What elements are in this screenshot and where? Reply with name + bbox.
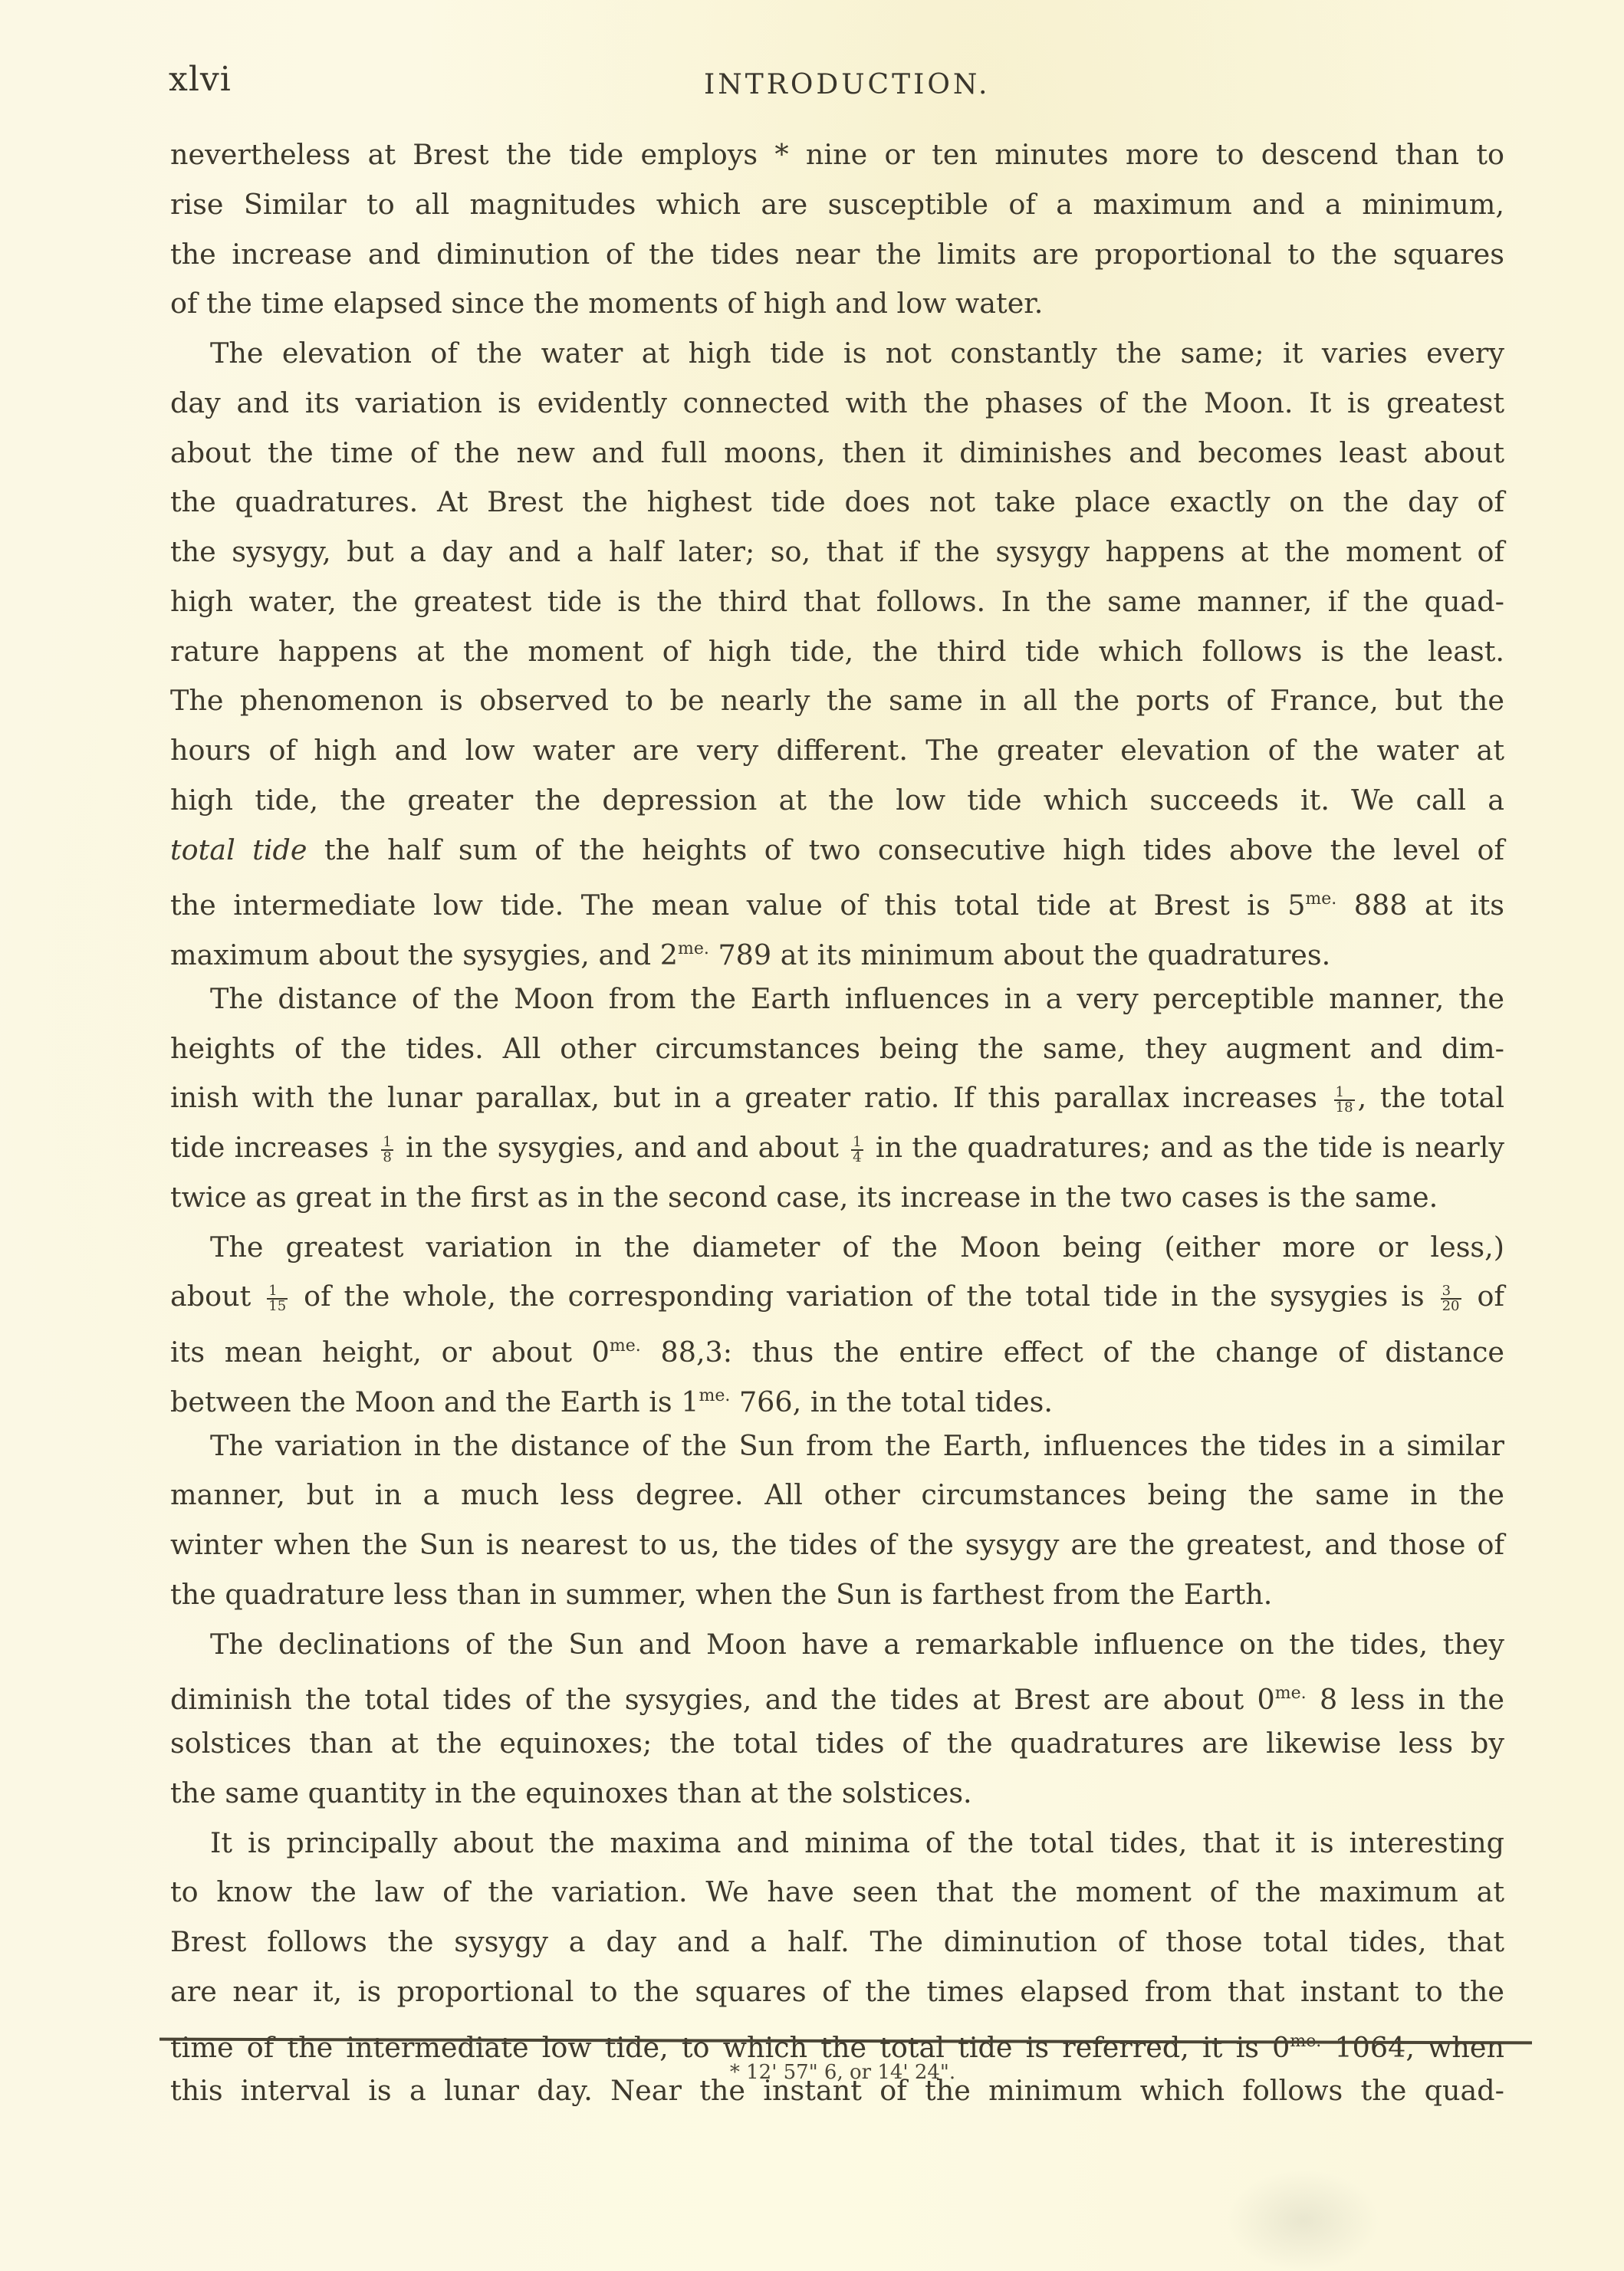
text-segment: It is principally about the maxima and m… [210, 1826, 1504, 1859]
text-segment: the quadratures. At Brest the highest ti… [170, 485, 1504, 518]
text-line: the sysygy, but a day and a half later; … [170, 527, 1504, 577]
italic-term: total tide [170, 833, 307, 866]
text-segment: , the total [1358, 1081, 1504, 1114]
text-line: are near it, is proportional to the squa… [170, 1967, 1504, 2017]
text-segment: The declinations of the Sun and Moon hav… [210, 1628, 1504, 1661]
text-segment: diminish the total tides of the sysygies… [170, 1683, 1275, 1716]
text-segment: 1064, when [1321, 2031, 1504, 2064]
text-segment: the quadrature less than in summer, when… [170, 1578, 1272, 1611]
unit-superscript: me. [678, 939, 709, 958]
text-line: The elevation of the water at high tide … [170, 329, 1504, 379]
text-segment: The distance of the Moon from the Earth … [210, 982, 1504, 1015]
text-line: its mean height, or about 0me. 88,3: thu… [170, 1322, 1504, 1372]
text-segment: 766, in the total tides. [730, 1385, 1053, 1418]
text-line: winter when the Sun is nearest to us, th… [170, 1520, 1504, 1570]
text-line: rise Similar to all magnitudes which are… [170, 180, 1504, 230]
text-line: the same quantity in the equinoxes than … [170, 1769, 1504, 1819]
text-segment: 888 at its [1336, 889, 1504, 922]
fraction: 320 [1441, 1284, 1461, 1313]
text-segment: maximum about the sysygies, and 2 [170, 938, 678, 971]
text-line: rature happens at the moment of high tid… [170, 627, 1504, 677]
running-head: INTRODUCTION. [704, 69, 991, 100]
text-segment: of the whole, the corresponding variatio… [291, 1280, 1437, 1313]
fraction: 14 [851, 1135, 863, 1165]
text-segment: to know the law of the variation. We hav… [170, 1875, 1504, 1908]
page-number: xlvi [169, 60, 232, 99]
paper-stain [1227, 2170, 1380, 2271]
text-segment: Brest follows the sysygy a day and a hal… [170, 1925, 1504, 1958]
text-line: the quadratures. At Brest the highest ti… [170, 478, 1504, 527]
text-segment: tide increases [170, 1131, 378, 1164]
text-line: day and its variation is evidently conne… [170, 379, 1504, 429]
text-line: maximum about the sysygies, and 2me. 789… [170, 925, 1504, 974]
text-segment: solstices than at the equinoxes; the tot… [170, 1727, 1504, 1760]
text-line: The variation in the distance of the Sun… [170, 1421, 1504, 1471]
text-line: of the time elapsed since the moments of… [170, 279, 1504, 329]
text-line: total tide the half sum of the heights o… [170, 826, 1504, 876]
text-segment: manner, but in a much less degree. All o… [170, 1478, 1504, 1511]
fraction: 118 [1334, 1086, 1355, 1115]
text-segment: its mean height, or about 0 [170, 1336, 610, 1369]
text-line: The phenomenon is observed to be nearly … [170, 676, 1504, 726]
text-line: about the time of the new and full moons… [170, 429, 1504, 478]
text-segment: 8 less in the [1307, 1683, 1504, 1716]
unit-superscript: me. [699, 1386, 730, 1405]
text-line: tide increases 18 in the sysygies, and a… [170, 1123, 1504, 1173]
text-segment: day and its variation is evidently conne… [170, 386, 1504, 419]
text-segment: time of the intermediate low tide, to wh… [170, 2031, 1290, 2064]
footnote: * 12' 57" 6, or 14' 24". [0, 2061, 1624, 2084]
fraction: 115 [267, 1284, 288, 1313]
fraction: 18 [381, 1135, 393, 1165]
text-segment: The variation in the distance of the Sun… [210, 1429, 1504, 1462]
text-segment: rise Similar to all magnitudes which are… [170, 188, 1504, 221]
text-segment: in the sysygies, and and about [396, 1131, 848, 1164]
text-segment: the intermediate low tide. The mean valu… [170, 889, 1305, 922]
text-segment: rature happens at the moment of high tid… [170, 635, 1504, 668]
text-segment: heights of the tides. All other circumst… [170, 1032, 1504, 1065]
text-segment: are near it, is proportional to the squa… [170, 1975, 1504, 2008]
text-segment: about the time of the new and full moons… [170, 436, 1504, 469]
text-segment: of the time elapsed since the moments of… [170, 287, 1043, 320]
text-line: heights of the tides. All other circumst… [170, 1024, 1504, 1074]
text-line: Brest follows the sysygy a day and a hal… [170, 1918, 1504, 1967]
text-line: inish with the lunar parallax, but in a … [170, 1073, 1504, 1123]
text-line: The declinations of the Sun and Moon hav… [170, 1620, 1504, 1670]
unit-superscript: me. [1275, 1684, 1307, 1703]
text-segment: between the Moon and the Earth is 1 [170, 1385, 699, 1418]
text-line: about 115 of the whole, the correspondin… [170, 1272, 1504, 1322]
text-line: The distance of the Moon from the Earth … [170, 974, 1504, 1024]
text-segment: twice as great in the first as in the se… [170, 1181, 1438, 1214]
text-segment: The phenomenon is observed to be nearly … [170, 684, 1504, 717]
text-line: the increase and diminution of the tides… [170, 230, 1504, 280]
text-line: high tide, the greater the depression at… [170, 776, 1504, 826]
text-line: nevertheless at Brest the tide employs *… [170, 130, 1504, 180]
text-line: diminish the total tides of the sysygies… [170, 1669, 1504, 1719]
text-line: the quadrature less than in summer, when… [170, 1570, 1504, 1620]
text-segment: the sysygy, but a day and a half later; … [170, 535, 1504, 568]
text-segment: 88,3: thus the entire effect of the chan… [641, 1336, 1504, 1369]
text-segment: the increase and diminution of the tides… [170, 238, 1504, 271]
text-line: to know the law of the variation. We hav… [170, 1868, 1504, 1918]
text-segment: hours of high and low water are very dif… [170, 734, 1504, 767]
text-segment: winter when the Sun is nearest to us, th… [170, 1528, 1504, 1561]
unit-superscript: me. [610, 1336, 641, 1356]
text-segment: high tide, the greater the depression at… [170, 784, 1504, 817]
text-segment: The elevation of the water at high tide … [210, 337, 1504, 370]
text-line: high water, the greatest tide is the thi… [170, 577, 1504, 627]
text-segment: the same quantity in the equinoxes than … [170, 1776, 972, 1809]
text-segment: of [1465, 1280, 1504, 1313]
text-segment: high water, the greatest tide is the thi… [170, 585, 1504, 618]
text-line: the intermediate low tide. The mean valu… [170, 875, 1504, 925]
text-segment: The greatest variation in the diameter o… [210, 1231, 1504, 1264]
text-line: solstices than at the equinoxes; the tot… [170, 1719, 1504, 1769]
text-line: hours of high and low water are very dif… [170, 726, 1504, 776]
text-segment: about [170, 1280, 264, 1313]
text-line: The greatest variation in the diameter o… [170, 1223, 1504, 1273]
unit-superscript: me. [1305, 889, 1336, 909]
text-line: between the Moon and the Earth is 1me. 7… [170, 1372, 1504, 1421]
text-segment: nevertheless at Brest the tide employs *… [170, 138, 1504, 171]
text-line: It is principally about the maxima and m… [170, 1819, 1504, 1868]
body-text: nevertheless at Brest the tide employs *… [170, 130, 1504, 2116]
text-segment: the half sum of the heights of two conse… [307, 833, 1504, 866]
text-segment: in the quadratures; and as the tide is n… [866, 1131, 1504, 1164]
text-segment: 789 at its minimum about the quadratures… [709, 938, 1330, 971]
text-line: manner, but in a much less degree. All o… [170, 1471, 1504, 1520]
text-segment: inish with the lunar parallax, but in a … [170, 1081, 1331, 1114]
text-line: twice as great in the first as in the se… [170, 1173, 1504, 1223]
